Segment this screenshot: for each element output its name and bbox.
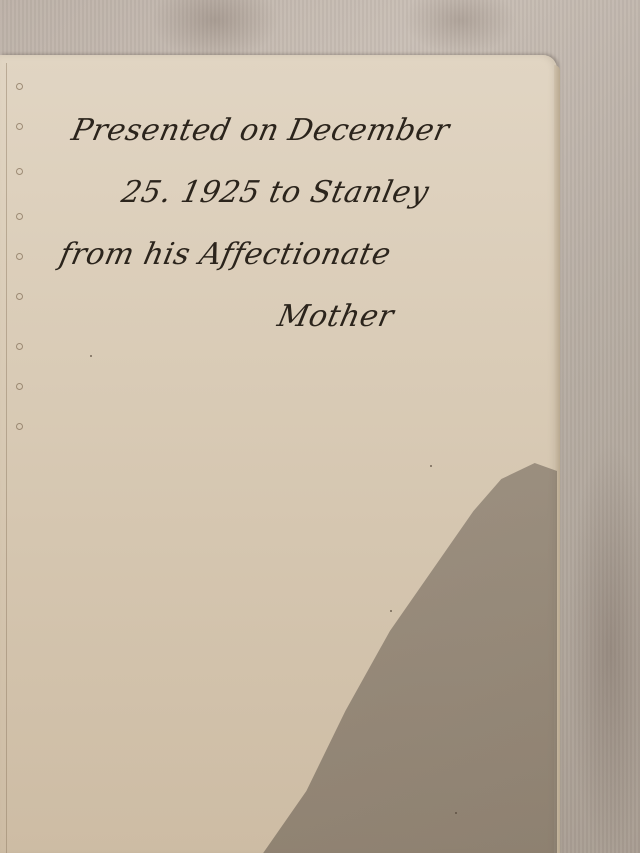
inscription-line-2: 25. 1925 to Stanley [53, 162, 566, 224]
stitch-mark [16, 213, 23, 220]
paper-speck [430, 465, 432, 467]
stitch-mark [16, 123, 23, 130]
stitch-mark [16, 83, 23, 90]
stitch-mark [16, 293, 23, 300]
stitch-mark [16, 343, 23, 350]
stitch-mark [16, 423, 23, 430]
handwritten-inscription: Presented on December 25. 1925 to Stanle… [60, 100, 560, 348]
paper-speck [455, 812, 457, 814]
inscription-line-1: Presented on December [53, 100, 566, 162]
stitch-mark [16, 253, 23, 260]
inscription-line-4: Mother [53, 286, 566, 348]
stitch-mark [16, 383, 23, 390]
paper-speck [390, 610, 392, 612]
stitch-mark [16, 168, 23, 175]
binding-stitching [6, 63, 19, 853]
inscription-line-3: from his Affectionate [53, 224, 566, 286]
paper-speck [90, 355, 92, 357]
